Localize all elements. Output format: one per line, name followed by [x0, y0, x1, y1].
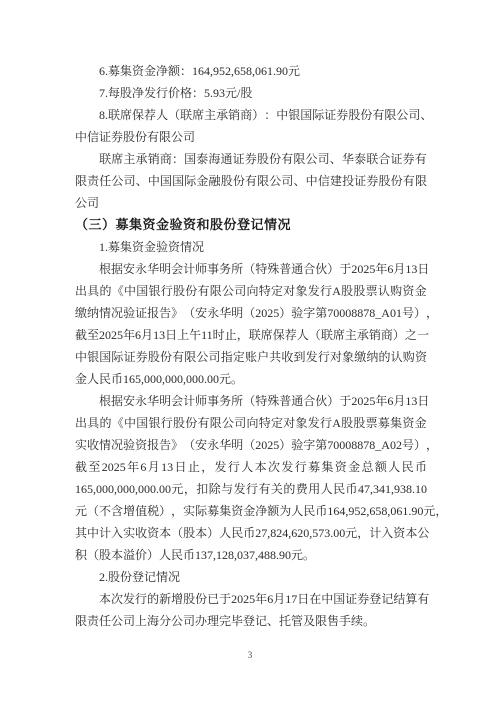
- text-line: 联席主承销商：国泰海通证券股份有限公司、华泰联合证券有: [75, 148, 427, 170]
- text-line: 2.股份登记情况: [75, 566, 427, 588]
- text-line: 截至2025年6月13日上午11时止，联席保荐人（联席主承销商）之一: [75, 324, 427, 346]
- paragraph: 联席主承销商：国泰海通证券股份有限公司、华泰联合证券有限责任公司、中国国际金融股…: [75, 148, 427, 214]
- indent-spacer: [75, 148, 99, 170]
- text-line: 截至2025年6月13日止，发行人本次发行募集资金总额人民币: [75, 456, 427, 478]
- text-line: 金人民币165,000,000,000.00元。: [75, 368, 427, 390]
- indent-spacer: [75, 258, 99, 280]
- text-line: 限责任公司、中国国际金融股份有限公司、中信建投证券股份有限: [75, 170, 427, 192]
- paragraph: 根据安永华明会计师事务所（特殊普通合伙）于2025年6月13日出具的《中国银行股…: [75, 258, 427, 390]
- indent-spacer: [75, 588, 99, 610]
- page-number: 3: [0, 649, 500, 661]
- paragraph: 根据安永华明会计师事务所（特殊普通合伙）于2025年6月13日出具的《中国银行股…: [75, 390, 427, 566]
- paragraph: 6.募集资金净额：164,952,658,061.90元: [75, 60, 427, 82]
- text-line: 公司: [75, 192, 427, 214]
- paragraph: 7.每股净发行价格：5.93元/股: [75, 82, 427, 104]
- text-line: 1.募集资金验资情况: [75, 236, 427, 258]
- indent-spacer: [75, 104, 99, 126]
- document-page: 6.募集资金净额：164,952,658,061.90元7.每股净发行价格：5.…: [0, 0, 500, 707]
- indent-spacer: [75, 390, 99, 412]
- text-line: 8.联席保荐人（联席主承销商）：中银国际证券股份有限公司、: [75, 104, 427, 126]
- text-line: 165,000,000,000.00元，扣除与发行有关的费用人民币47,341,…: [75, 478, 427, 500]
- text-line: 中银国际证券股份有限公司指定账户共收到发行对象缴纳的认购资: [75, 346, 427, 368]
- document-body: 6.募集资金净额：164,952,658,061.90元7.每股净发行价格：5.…: [75, 60, 427, 632]
- text-line: 根据安永华明会计师事务所（特殊普通合伙）于2025年6月13日: [75, 258, 427, 280]
- text-line: 限责任公司上海分公司办理完毕登记、托管及限售手续。: [75, 610, 427, 632]
- paragraph: 本次发行的新增股份已于2025年6月17日在中国证券登记结算有限责任公司上海分公…: [75, 588, 427, 632]
- text-line: 7.每股净发行价格：5.93元/股: [75, 82, 427, 104]
- text-line: 出具的《中国银行股份有限公司向特定对象发行A股股票募集资金: [75, 412, 427, 434]
- text-line: 本次发行的新增股份已于2025年6月17日在中国证券登记结算有: [75, 588, 427, 610]
- text-line: 实收情况验资报告》（安永华明（2025）验字第70008878_A02号），: [75, 434, 427, 456]
- text-line: 缴纳情况验证报告》（安永华明（2025）验字第70008878_A01号），: [75, 302, 427, 324]
- text-line: 积（股本溢价）人民币137,128,037,488.90元。: [75, 544, 427, 566]
- paragraph: 2.股份登记情况: [75, 566, 427, 588]
- text-line: 根据安永华明会计师事务所（特殊普通合伙）于2025年6月13日: [75, 390, 427, 412]
- text-line: 其中计入实收资本（股本）人民币27,824,620,573.00元，计入资本公: [75, 522, 427, 544]
- text-line: 中信证券股份有限公司: [75, 126, 427, 148]
- text-line: （三）募集资金验资和股份登记情况: [75, 214, 427, 236]
- text-line: 出具的《中国银行股份有限公司向特定对象发行A股股票认购资金: [75, 280, 427, 302]
- section-heading: （三）募集资金验资和股份登记情况: [75, 214, 427, 236]
- text-line: 元（不含增值税），实际募集资金净额为人民币164,952,658,061.90元…: [75, 500, 427, 522]
- paragraph: 1.募集资金验资情况: [75, 236, 427, 258]
- text-line: 6.募集资金净额：164,952,658,061.90元: [75, 60, 427, 82]
- paragraph: 8.联席保荐人（联席主承销商）：中银国际证券股份有限公司、中信证券股份有限公司: [75, 104, 427, 148]
